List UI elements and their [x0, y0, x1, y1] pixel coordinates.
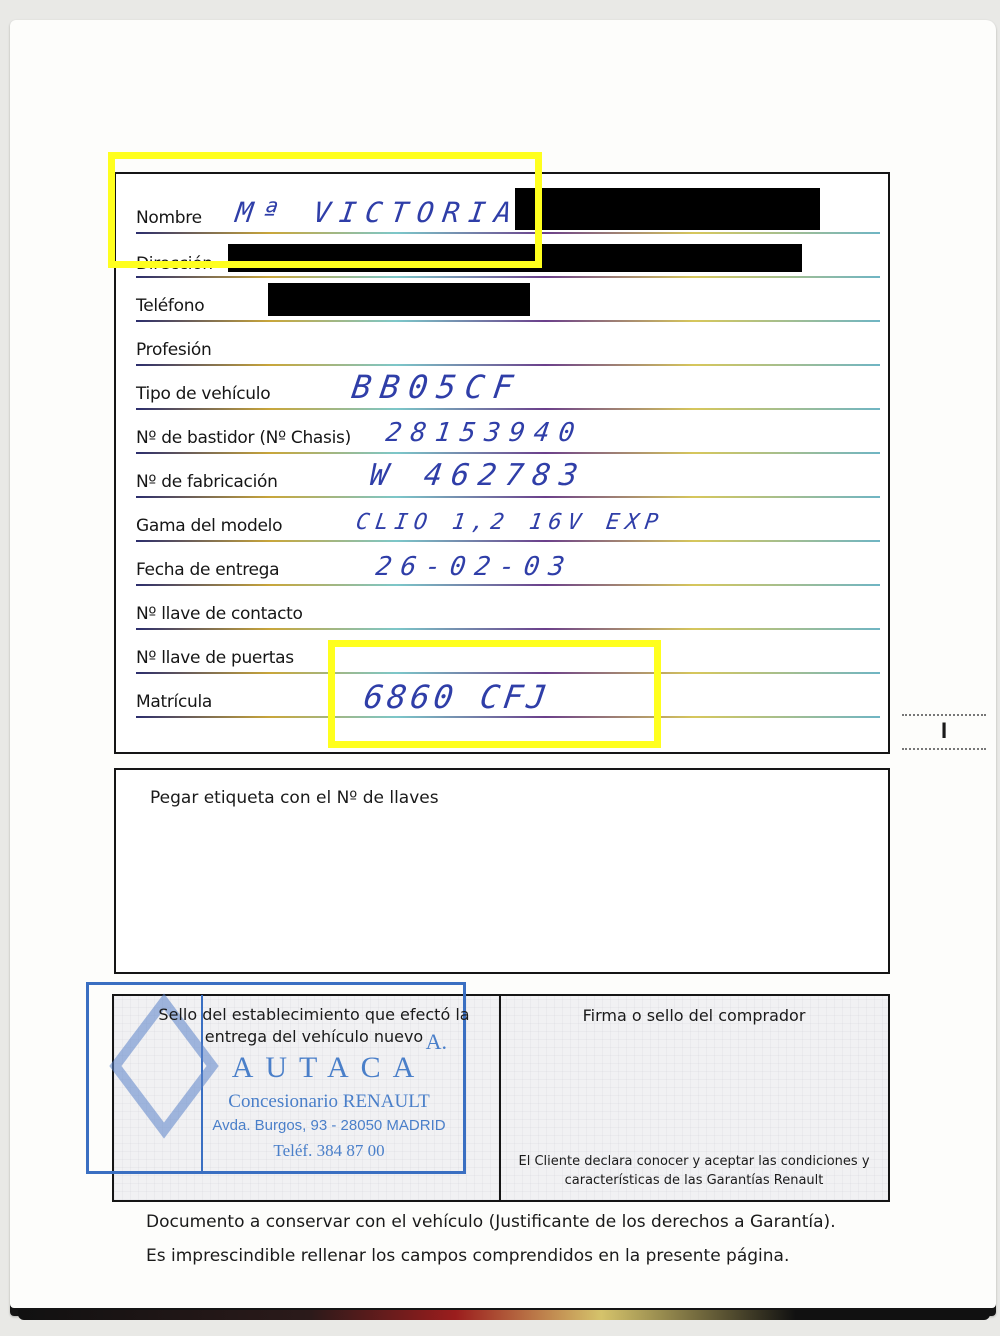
- label-llave-puertas: Nº llave de puertas: [136, 648, 294, 668]
- line-fecha-entrega: [136, 584, 880, 586]
- buyer-signature-title: Firma o sello del comprador: [504, 1006, 884, 1025]
- label-fecha-entrega: Fecha de entrega: [136, 560, 279, 580]
- label-fabricacion: Nº de fabricación: [136, 472, 278, 492]
- value-bastidor: 28153940: [384, 418, 585, 448]
- redaction-telefono: [268, 283, 530, 316]
- value-fabricacion: W 462783: [368, 458, 589, 493]
- line-telefono: [136, 320, 880, 322]
- buyer-declaration-line2: características de las Garantías Renault: [504, 1171, 884, 1190]
- page-edge: [18, 1310, 990, 1320]
- stamp-divider: [499, 996, 501, 1200]
- highlight-nombre: [108, 152, 542, 268]
- redaction-nombre: [515, 188, 820, 230]
- stamp-subtitle: Concesionario RENAULT: [201, 1091, 457, 1113]
- line-bastidor: [136, 452, 880, 454]
- label-llave-contacto: Nº llave de contacto: [136, 604, 303, 624]
- label-gama-modelo: Gama del modelo: [136, 516, 282, 536]
- line-llave-contacto: [136, 628, 880, 630]
- line-tipo-vehiculo: [136, 408, 880, 410]
- stamp-address: Avda. Burgos, 93 - 28050 MADRID: [201, 1117, 457, 1134]
- value-tipo-vehiculo: BB05CF: [349, 368, 524, 406]
- line-gama-modelo: [136, 540, 880, 542]
- highlight-matricula: [328, 640, 661, 748]
- line-fabricacion: [136, 496, 880, 498]
- buyer-declaration: El Cliente declara conocer y aceptar las…: [504, 1152, 884, 1190]
- line-direccion: [136, 276, 880, 278]
- dealer-stamp-title-line2: entrega del vehículo nuevo: [134, 1026, 494, 1048]
- value-fecha-entrega: 26-02-03: [374, 552, 575, 582]
- stamp-phone: Teléf. 384 87 00: [201, 1141, 457, 1161]
- label-bastidor: Nº de bastidor (Nº Chasis): [136, 428, 351, 448]
- dealer-stamp-title-line1: Sello del establecimiento que efectó la: [134, 1004, 494, 1026]
- page-section-marker: I: [902, 714, 986, 750]
- stamp-dealer-name: AUTACA: [201, 1051, 457, 1085]
- label-telefono: Teléfono: [136, 296, 204, 316]
- label-profesion: Profesión: [136, 340, 211, 360]
- dealer-stamp-title: Sello del establecimiento que efectó la …: [134, 1004, 494, 1048]
- key-label-title: Pegar etiqueta con el Nº de llaves: [150, 788, 439, 808]
- line-profesion: [136, 364, 880, 366]
- buyer-declaration-line1: El Cliente declara conocer y aceptar las…: [504, 1152, 884, 1171]
- footer-line-2: Es imprescindible rellenar los campos co…: [146, 1246, 789, 1266]
- value-gama-modelo: CLIO 1,2 16V EXP: [354, 510, 665, 535]
- key-label-box: Pegar etiqueta con el Nº de llaves: [114, 768, 890, 974]
- footer-line-1: Documento a conservar con el vehículo (J…: [146, 1212, 836, 1232]
- label-tipo-vehiculo: Tipo de vehículo: [136, 384, 270, 404]
- label-matricula: Matrícula: [136, 692, 212, 712]
